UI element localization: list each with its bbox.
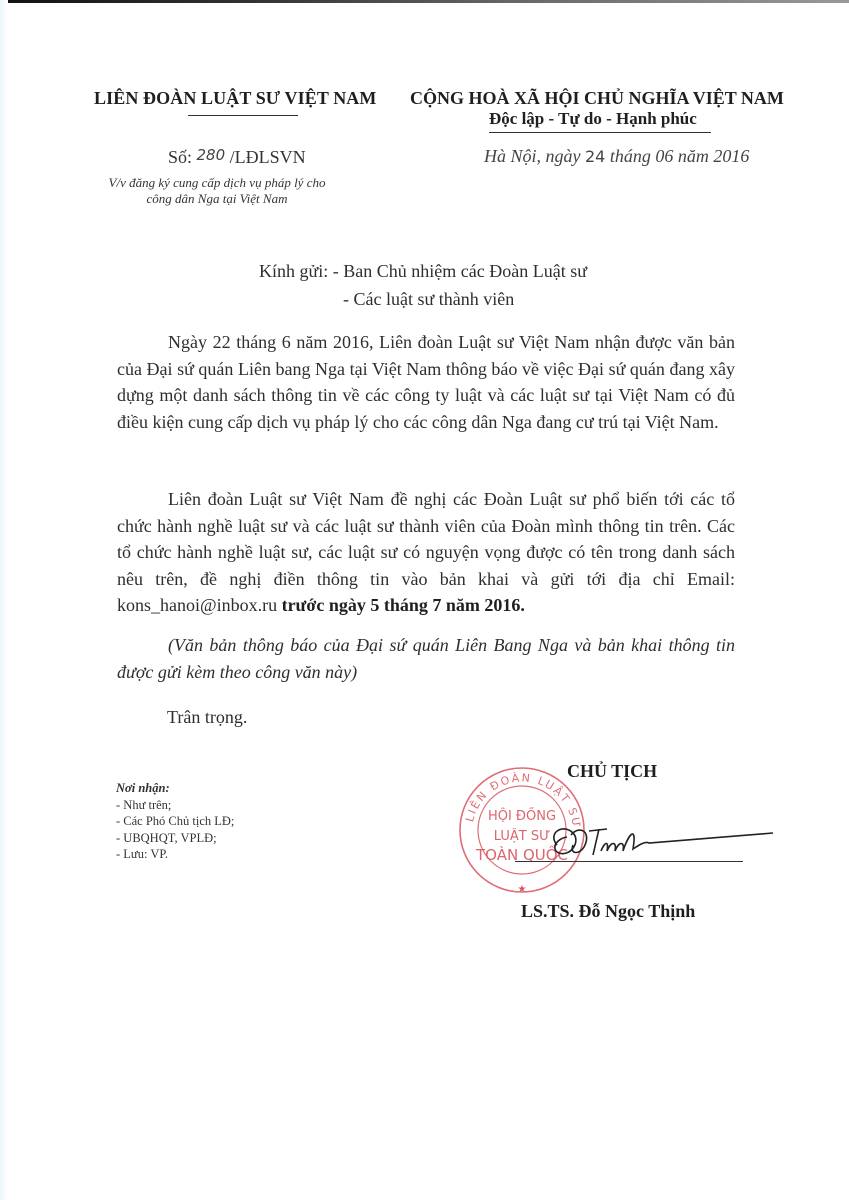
scan-edge-top — [0, 0, 849, 3]
scan-edge-left — [0, 0, 8, 1200]
paragraph-2-text: Liên đoàn Luật sư Việt Nam đề nghị các Đ… — [117, 489, 735, 589]
svg-text:LUẬT SƯ: LUẬT SƯ — [494, 828, 550, 844]
distribution-item: - Như trên; — [116, 797, 234, 814]
organization-name: LIÊN ĐOÀN LUẬT SƯ VIỆT NAM — [94, 88, 377, 109]
nation-title: CỘNG HOÀ XÃ HỘI CHỦ NGHĨA VIỆT NAM — [410, 88, 784, 109]
document-number: Số: 280 /LĐLSVN — [168, 147, 306, 168]
distribution-item: - Lưu: VP. — [116, 846, 234, 863]
email-address: kons_hanoi@inbox.ru — [117, 595, 277, 615]
doc-number-suffix: /LĐLSVN — [230, 147, 306, 167]
addressees-label: Kính gửi: — [259, 261, 328, 281]
signer-title: CHỦ TỊCH — [567, 761, 657, 782]
body-paragraph-2: Liên đoàn Luật sư Việt Nam đề nghị các Đ… — [117, 486, 735, 619]
place-date-suffix: tháng 06 năm 2016 — [610, 146, 750, 166]
day-handwritten: 24 — [585, 147, 605, 166]
subject-line-1: V/v đăng ký cung cấp dịch vụ pháp lý cho — [92, 175, 342, 191]
distribution-heading: Nơi nhận: — [116, 780, 234, 797]
closing: Trân trọng. — [167, 707, 247, 728]
addressee-item: - Ban Chủ nhiệm các Đoàn Luật sư — [333, 261, 587, 281]
distribution-item: - UBQHQT, VPLĐ; — [116, 830, 234, 847]
svg-text:★: ★ — [518, 884, 527, 895]
subject-line-2: công dân Nga tại Việt Nam — [92, 191, 342, 207]
distribution-list: Nơi nhận: - Như trên; - Các Phó Chủ tịch… — [116, 780, 234, 863]
document-subject: V/v đăng ký cung cấp dịch vụ pháp lý cho… — [92, 175, 342, 207]
national-motto: Độc lập - Tự do - Hạnh phúc — [489, 109, 697, 129]
distribution-item: - Các Phó Chủ tịch LĐ; — [116, 813, 234, 830]
doc-number-handwritten: 280 — [197, 146, 226, 164]
addressee-item: - Các luật sư thành viên — [343, 289, 514, 309]
deadline: trước ngày 5 tháng 7 năm 2016. — [282, 595, 525, 615]
place-date-prefix: Hà Nội, ngày — [484, 146, 581, 166]
organization-underline — [188, 115, 298, 116]
signature-underline — [515, 861, 743, 862]
doc-number-prefix: Số: — [168, 147, 192, 167]
body-paragraph-1: Ngày 22 tháng 6 năm 2016, Liên đoàn Luật… — [117, 329, 735, 435]
place-and-date: Hà Nội, ngày 24 tháng 06 năm 2016 — [484, 146, 749, 167]
motto-underline — [489, 132, 711, 133]
addressees: Kính gửi: - Ban Chủ nhiệm các Đoàn Luật … — [259, 257, 587, 313]
attachment-note: (Văn bản thông báo của Đại sứ quán Liên … — [117, 632, 735, 685]
signer-name: LS.TS. Đỗ Ngọc Thịnh — [521, 901, 695, 922]
